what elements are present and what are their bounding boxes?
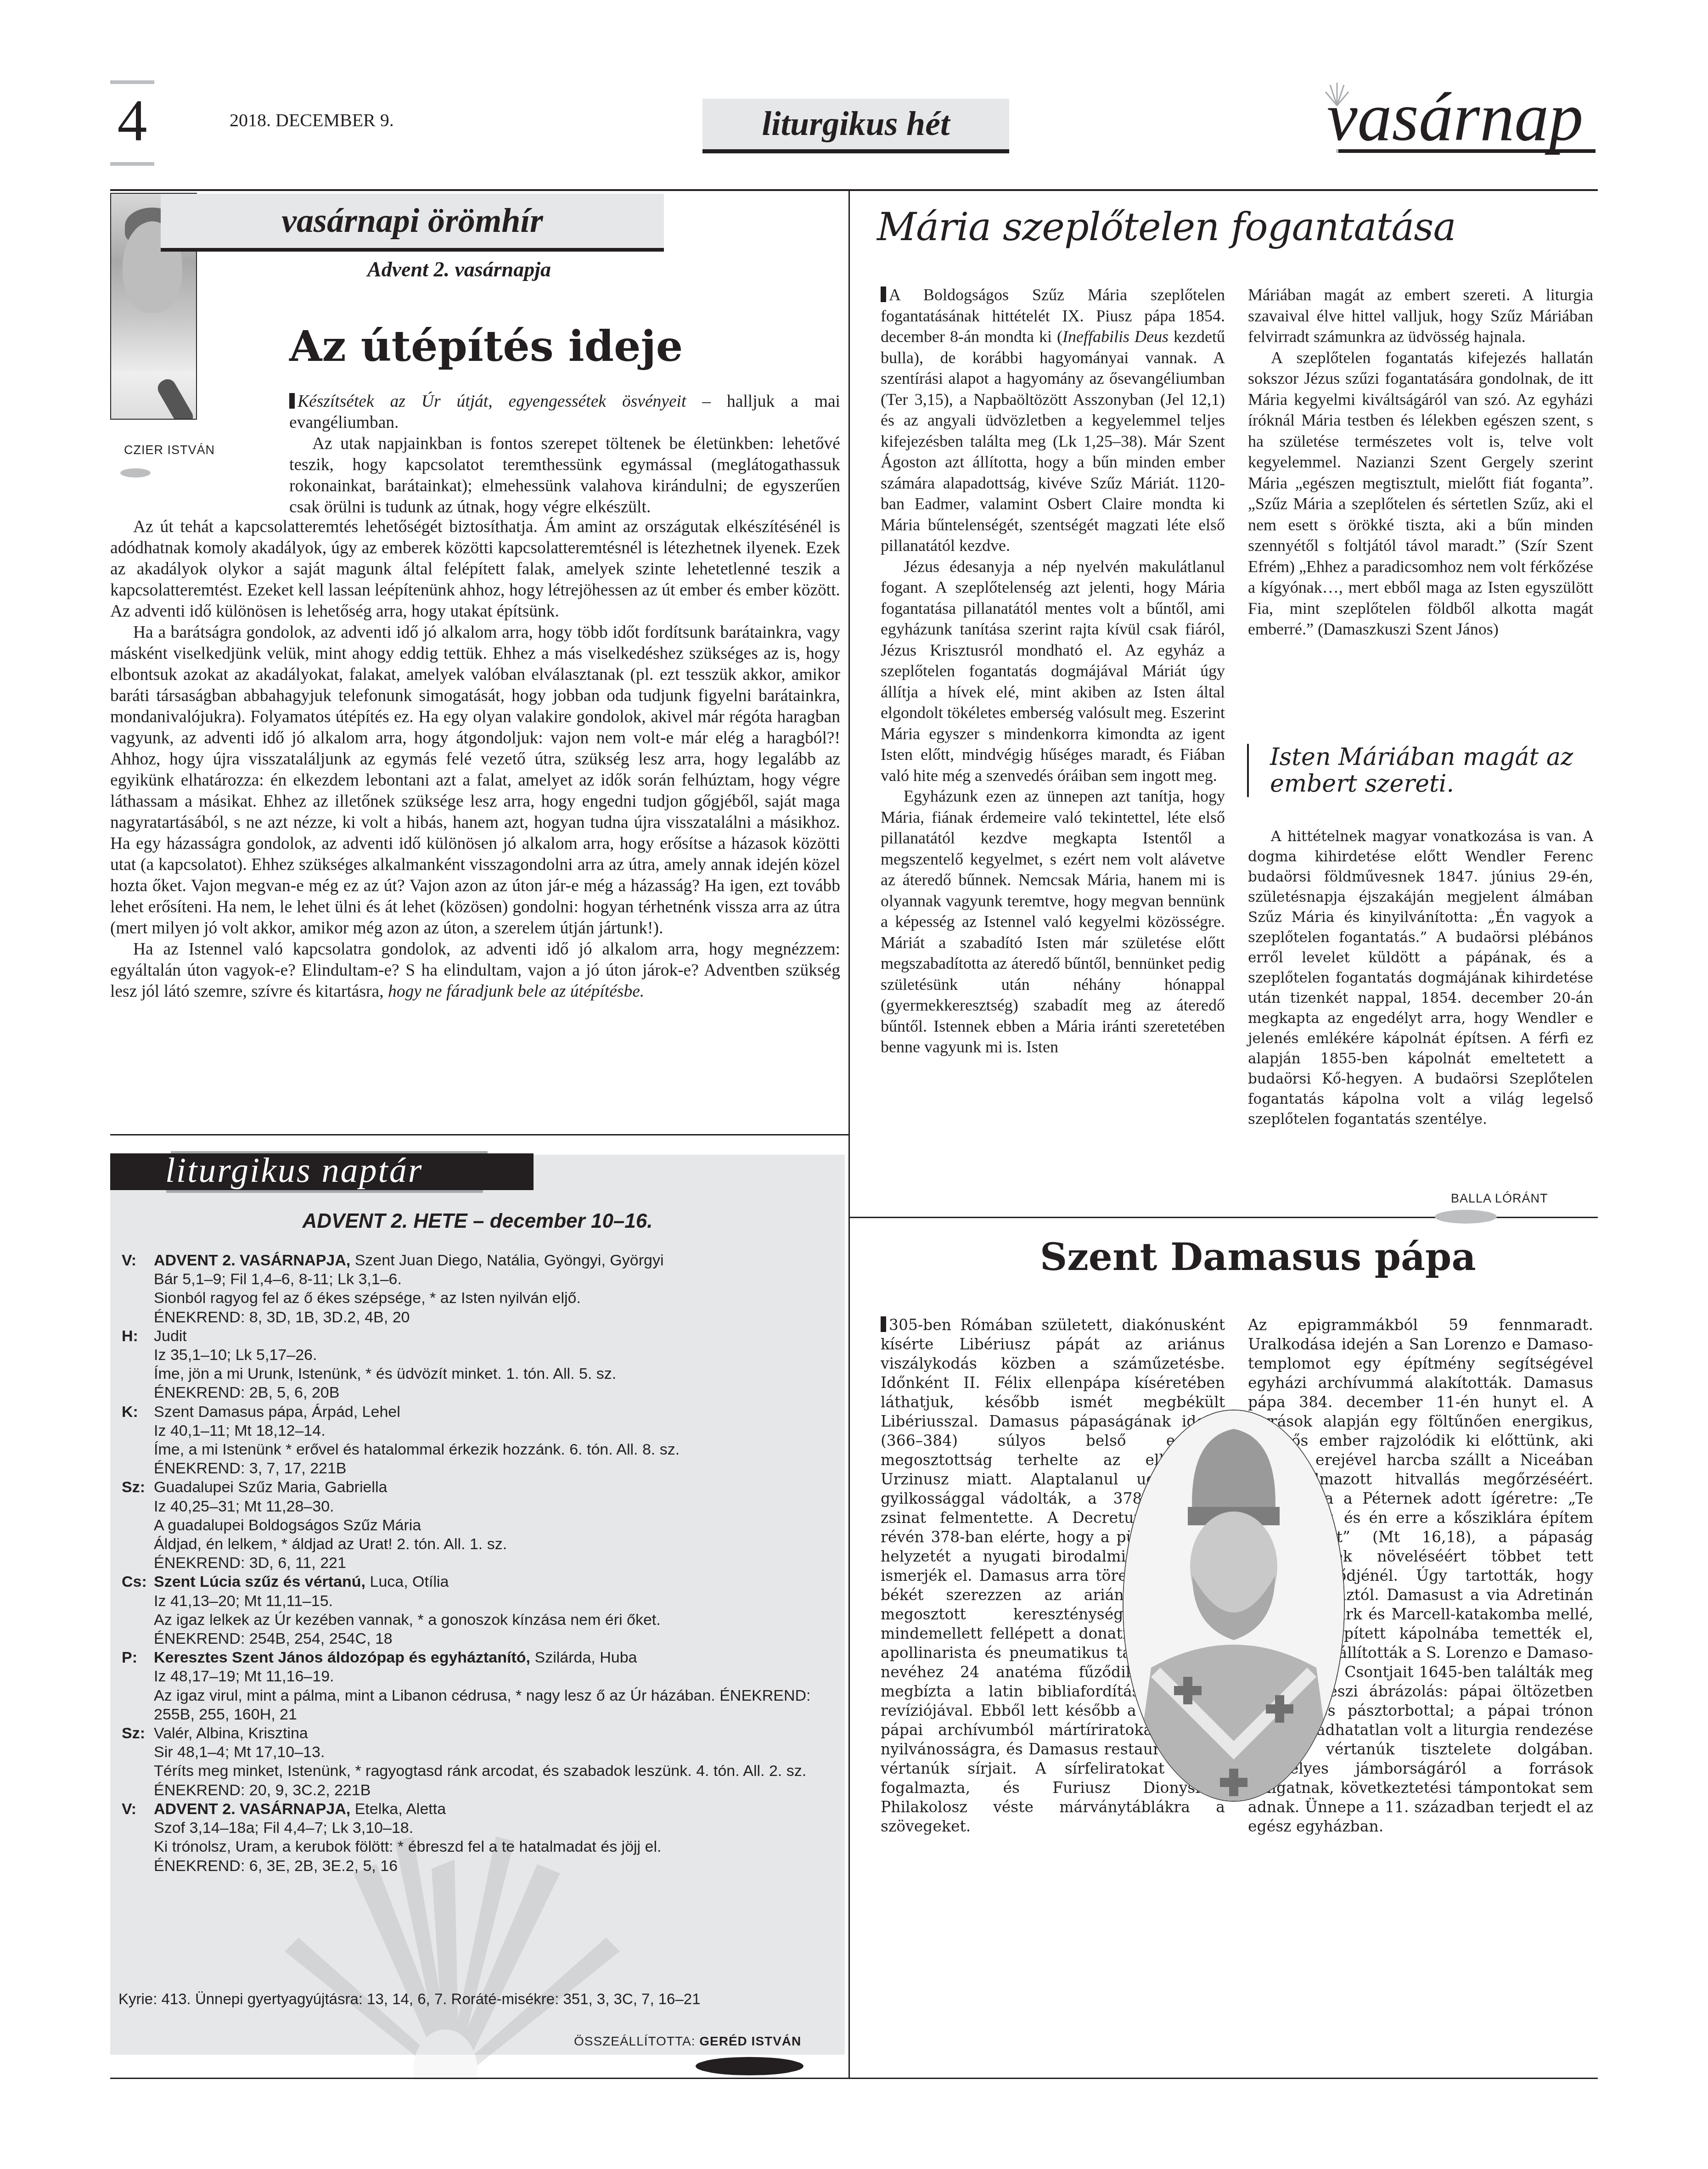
article-title: Az útépítés ideje: [289, 321, 683, 371]
calendar-day: Sz: Valér, Albina, Krisztina Sir 48,1–4;…: [122, 1724, 820, 1800]
readings: Iz 41,13–20; Mt 11,11–15.: [154, 1592, 820, 1611]
paragraph: Az utak napjainkban is fontos szerepet t…: [289, 433, 840, 518]
calendar-credit: ÖSSZEÁLLÍTOTTA: GERÉD ISTVÁN: [574, 2034, 801, 2049]
byline-ornament: [120, 468, 151, 478]
hymn-order: ÉNEKREND: 8, 3D, 1B, 3D.2, 4B, 20: [154, 1308, 820, 1327]
antiphon: Íme, jön a mi Urunk, Istenünk, * és üdvö…: [154, 1365, 820, 1383]
calendar-list: V: ADVENT 2. VASÁRNAPJA, Szent Juan Dieg…: [122, 1251, 820, 1876]
article-column: A Boldogságos Szűz Mária szeplőtelen fog…: [881, 285, 1225, 1058]
paragraph: A szeplőtelen fogantatás kifejezés halla…: [1248, 348, 1593, 640]
calendar-day: H: Judit Iz 35,1–10; Lk 5,17–26. Íme, jö…: [122, 1327, 820, 1403]
column-label: vasárnapi örömhír: [161, 194, 664, 252]
hymn-order: ÉNEKREND: 2B, 5, 6, 20B: [154, 1383, 820, 1402]
article-lead: Készítsétek az Úr útját, egyengessétek ö…: [289, 391, 840, 518]
paragraph-marker: [289, 393, 295, 409]
saint-names: Szilárda, Huba: [530, 1649, 637, 1666]
antiphon: Téríts meg minket, Istenünk, * ragyogtas…: [154, 1762, 820, 1799]
antiphon: Sionból ragyog fel az ő ékes szépsége, *…: [154, 1289, 820, 1308]
day-label: Cs:: [122, 1573, 154, 1648]
pope-portrait: [1123, 1410, 1345, 1802]
article-column: A hittételnek magyar vonatkozása is van.…: [1248, 826, 1593, 1129]
antiphon: Ki trónolsz, Uram, a kerubok fölött: * é…: [154, 1837, 820, 1856]
calendar-day: K: Szent Damasus pápa, Árpád, Lehel Iz 4…: [122, 1403, 820, 1478]
credit-ornament: [696, 2057, 803, 2075]
saint-names: Szent Damasus pápa, Árpád, Lehel: [154, 1403, 820, 1422]
feast-name: ADVENT 2. VASÁRNAPJA,: [154, 1800, 350, 1818]
paragraph-text: kezdetű bulla), de korábbi hagyományai v…: [881, 327, 1225, 555]
feast-name: Szent Lúcia szűz és vértanú,: [154, 1573, 365, 1590]
calendar-day: P: Keresztes Szent János áldozópap és eg…: [122, 1648, 820, 1724]
day-label: P:: [122, 1648, 154, 1724]
author-byline: CZIER ISTVÁN: [124, 443, 215, 457]
day-label: Sz:: [122, 1478, 154, 1573]
article-title: Szent Damasus pápa: [1040, 1235, 1476, 1279]
paragraph: Jézus édesanyja a nép nyelvén makulátlan…: [881, 556, 1225, 787]
readings: Szof 3,14–18a; Fil 4,4–7; Lk 3,10–18.: [154, 1819, 820, 1837]
hymn-order: ÉNEKREND: 254B, 254, 254C, 18: [154, 1630, 820, 1648]
antiphon: Áldjad, én lelkem, * áldjad az Urat! 2. …: [154, 1535, 820, 1554]
hymn-order: ÉNEKREND: 3D, 6, 11, 221: [154, 1554, 820, 1573]
page-number: 4: [110, 80, 154, 166]
header-rule: [110, 189, 1598, 191]
paragraph-marker: [881, 1316, 886, 1332]
calendar-day: V: ADVENT 2. VASÁRNAPJA, Etelka, Aletta …: [122, 1800, 820, 1876]
day-label: K:: [122, 1403, 154, 1478]
lead-quote: Készítsétek az Úr útját, egyengessétek ö…: [298, 392, 686, 411]
article-body: Az út tehát a kapcsolatteremtés lehetősé…: [110, 517, 840, 1002]
credit-label: ÖSSZEÁLLÍTOTTA:: [574, 2034, 695, 2048]
feast-name: Keresztes Szent János áldozópap és egyhá…: [154, 1649, 530, 1666]
hymn-order: ÉNEKREND: 6, 3E, 2B, 3E.2, 5, 16: [154, 1857, 820, 1876]
latin-title: Ineffabilis Deus: [1062, 327, 1169, 346]
saint-names: Szent Juan Diego, Natália, Gyöngyi, Györ…: [350, 1252, 663, 1269]
paragraph: Ha az Istennel való kapcsolatra gondolok…: [110, 939, 840, 1002]
paragraph: A hittételnek magyar vonatkozása is van.…: [1248, 826, 1593, 1129]
saint-names: Guadalupei Szűz Maria, Gabriella: [154, 1478, 820, 1497]
calendar-subtitle: ADVENT 2. HETE – december 10–16.: [110, 1210, 845, 1233]
feast-note: A guadalupei Boldogságos Szűz Mária: [154, 1516, 820, 1535]
article-column: Máriában magát az embert szereti. A litu…: [1248, 285, 1593, 640]
calendar-footer: Kyrie: 413. Ünnepi gyertyagyújtásra: 13,…: [118, 1990, 701, 2008]
readings: Iz 48,17–19; Mt 11,16–19.: [154, 1667, 820, 1686]
antiphon: Az igaz lelkek az Úr kezében vannak, * a…: [154, 1611, 820, 1630]
calendar-title: liturgikus naptár: [165, 1151, 423, 1191]
day-label: V:: [122, 1800, 154, 1876]
bottom-rule: [110, 2078, 1598, 2079]
day-label: Sz:: [122, 1724, 154, 1800]
calendar-day: Cs: Szent Lúcia szűz és vértanú, Luca, O…: [122, 1573, 820, 1648]
paragraph: Ha a barátságra gondolok, az adventi idő…: [110, 622, 840, 939]
column-divider: [848, 189, 850, 2079]
paragraph: Az út tehát a kapcsolatteremtés lehetősé…: [110, 517, 840, 622]
byline-ornament: [1435, 1210, 1497, 1224]
calendar-day: V: ADVENT 2. VASÁRNAPJA, Szent Juan Dieg…: [122, 1251, 820, 1327]
paragraph-marker: [881, 287, 886, 302]
closing-italic: hogy ne fáradjunk bele az útépítésbe.: [388, 982, 644, 1001]
hymn-order: ÉNEKREND: 3, 7, 17, 221B: [154, 1459, 820, 1478]
article-title: Mária szeplőtelen fogantatása: [877, 204, 1456, 249]
calendar-day: Sz: Guadalupei Szűz Maria, Gabriella Iz …: [122, 1478, 820, 1573]
readings: Bár 5,1–9; Fil 1,4–6, 8-11; Lk 3,1–6.: [154, 1270, 820, 1289]
antiphon: Íme, a mi Istenünk * erővel és hatalomma…: [154, 1440, 820, 1459]
pope-damasus-icon: [1124, 1410, 1344, 1801]
readings: Iz 35,1–10; Lk 5,17–26.: [154, 1346, 820, 1365]
day-label: H:: [122, 1327, 154, 1403]
section-label: liturgikus hét: [702, 99, 1009, 153]
readings: Sir 48,1–4; Mt 17,10–13.: [154, 1743, 820, 1762]
paragraph: Egyházunk ezen az ünnepen azt tanítja, h…: [881, 786, 1225, 1058]
credit-name: GERÉD ISTVÁN: [699, 2034, 801, 2048]
readings: Iz 40,25–31; Mt 11,28–30.: [154, 1497, 820, 1516]
section-rule: [110, 1134, 848, 1135]
saint-names: Etelka, Aletta: [350, 1800, 446, 1818]
antiphon: Az igaz virul, mint a pálma, mint a Liba…: [154, 1686, 820, 1724]
pull-quote: Isten Máriában magát az embert szereti.: [1247, 744, 1610, 797]
day-label: V:: [122, 1251, 154, 1327]
newspaper-logo: vasárnap: [1327, 83, 1583, 152]
saint-names: Luca, Otília: [365, 1573, 449, 1590]
logo-underline: [1338, 149, 1596, 153]
issue-date: 2018. DECEMBER 9.: [230, 109, 394, 131]
saint-names: Valér, Albina, Krisztina: [154, 1724, 820, 1743]
article-subtitle: Advent 2. vasárnapja: [367, 257, 551, 281]
feast-name: ADVENT 2. VASÁRNAPJA,: [154, 1252, 350, 1269]
microphone-icon: [155, 376, 196, 420]
author-byline: BALLA LÓRÁNT: [1451, 1191, 1548, 1206]
readings: Iz 40,1–11; Mt 18,12–14.: [154, 1422, 820, 1440]
saint-names: Judit: [154, 1327, 820, 1346]
paragraph: Máriában magát az embert szereti. A litu…: [1248, 285, 1593, 348]
